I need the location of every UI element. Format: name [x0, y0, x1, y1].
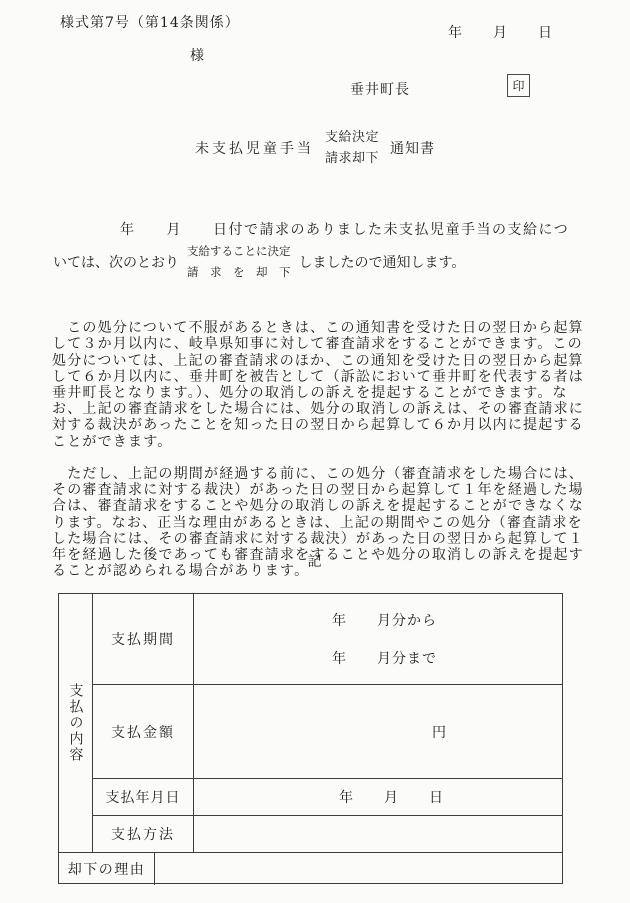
value-payment-method [194, 816, 562, 852]
request-line2-suffix: しましたので通知します。 [299, 252, 466, 272]
group-label-payment-contents: 支払の内容 [59, 594, 93, 852]
issue-date-blanks: 年 月 日 [448, 22, 553, 42]
ki-marker: 記 [0, 551, 630, 571]
request-intro-line2: いては、次のとおり 支給することに決定 請 求 を 却 下 しましたので通知しま… [53, 246, 465, 278]
document-title: 未支払児童手当 支給決定 請求却下 通知書 [0, 131, 630, 165]
request-intro-line1: 年 月 日付で請求のありました未支払児童手当の支給につ [120, 219, 569, 239]
label-rejection-reason: 却下の理由 [59, 853, 155, 885]
title-left: 未支払児童手当 [195, 138, 314, 158]
form-number: 様式第7号（第14条関係） [60, 12, 240, 32]
payment-details-grid: 支払の内容 支払期間 年 月分から 年 月分まで 支払金額 円 支払年月日 年 … [59, 594, 562, 852]
appeal-paragraph-1: この処分について不服があるときは、この通知書を受けた日の翌日から起算 して３か月… [52, 320, 630, 450]
addressee-honorific: 様 [190, 45, 204, 65]
title-option-reject: 請求却下 [325, 152, 379, 165]
title-option-grant: 支給決定 [325, 131, 379, 144]
request-option-stack: 支給することに決定 請 求 を 却 下 [187, 246, 291, 278]
label-payment-date: 支払年月日 [93, 779, 194, 816]
request-line2-prefix: いては、次のとおり [53, 252, 179, 272]
payment-details-table: 支払の内容 支払期間 年 月分から 年 月分まで 支払金額 円 支払年月日 年 … [58, 593, 563, 884]
value-payment-amount: 円 [194, 685, 562, 779]
seal-character: 印 [512, 77, 524, 94]
label-payment-amount: 支払金額 [93, 685, 194, 779]
request-option-grant: 支給することに決定 [187, 246, 291, 258]
seal-placeholder-box: 印 [507, 74, 530, 97]
payment-date-blanks: 年 月 日 [339, 787, 562, 807]
request-option-reject: 請 求 を 却 下 [187, 267, 291, 279]
label-payment-method: 支払方法 [93, 816, 194, 852]
issuer-mayor-name: 垂井町長 [350, 79, 410, 99]
payment-period-to: 年 月分まで [332, 648, 562, 668]
document-page: 様式第7号（第14条関係） 年 月 日 様 垂井町長 印 未支払児童手当 支給決… [0, 0, 630, 903]
value-rejection-reason [155, 853, 562, 885]
value-payment-date: 年 月 日 [194, 779, 562, 816]
value-payment-period: 年 月分から 年 月分まで [194, 594, 562, 685]
title-option-stack: 支給決定 請求却下 [325, 131, 379, 165]
payment-amount-yen: 円 [432, 722, 562, 742]
label-payment-period: 支払期間 [93, 594, 194, 685]
payment-period-from: 年 月分から [332, 610, 562, 630]
rejection-reason-row: 却下の理由 [59, 852, 562, 885]
title-right: 通知書 [390, 138, 435, 158]
